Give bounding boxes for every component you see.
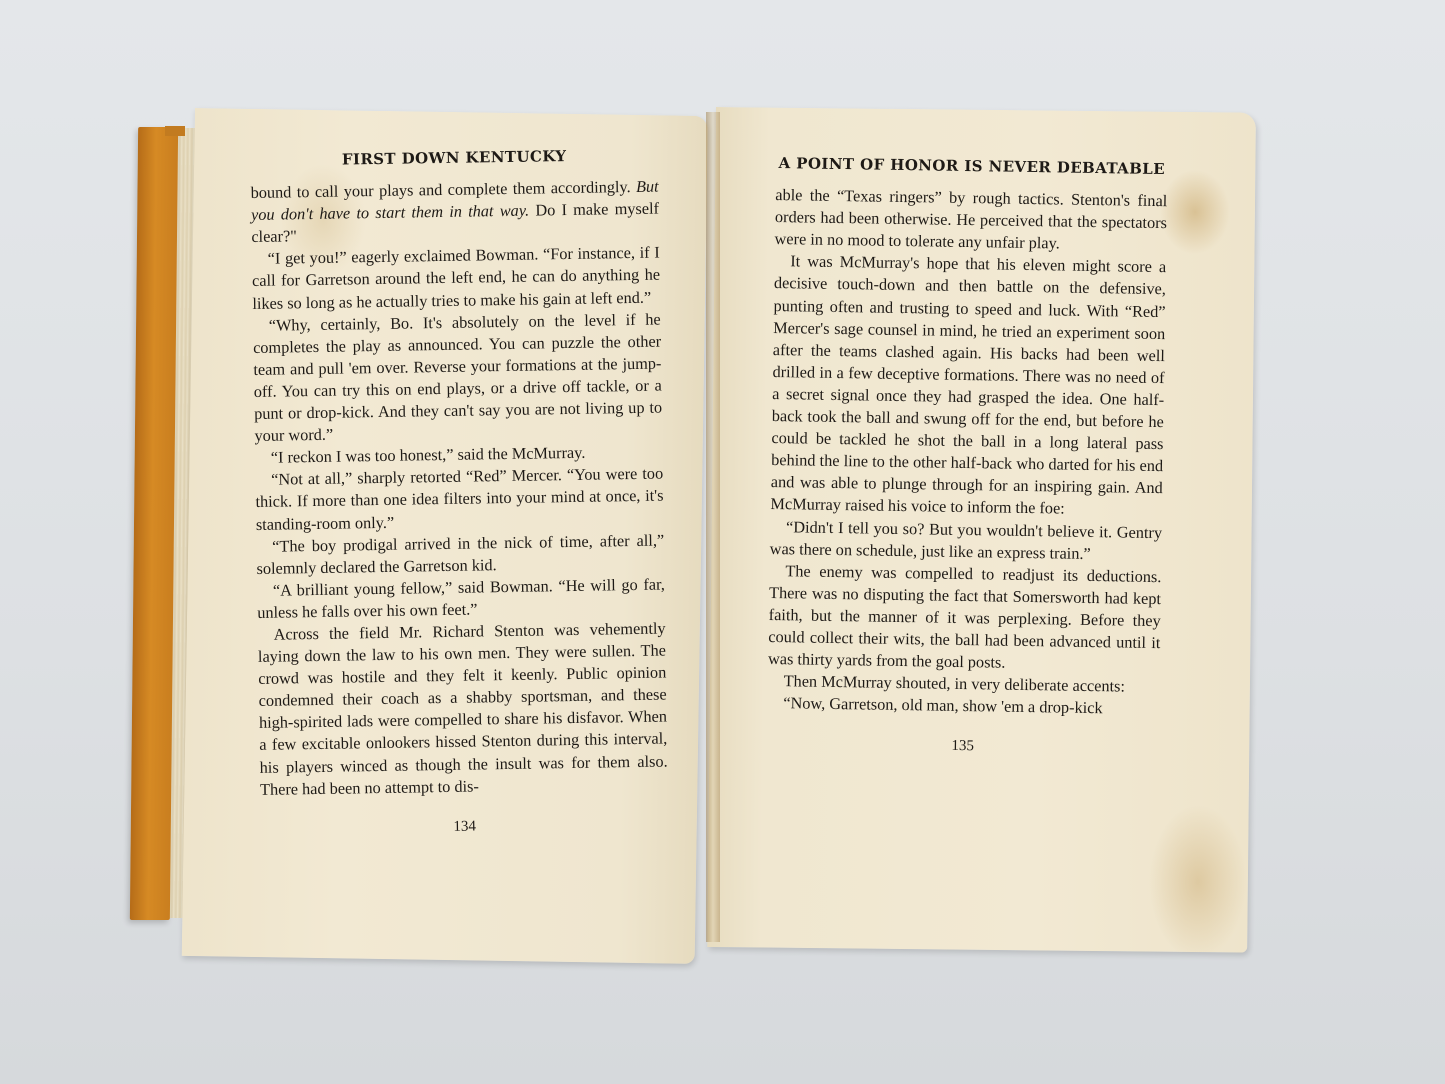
paragraph: Across the field Mr. Richard Stenton was…	[257, 618, 668, 801]
paragraph: able the “Texas ringers” by rough tactic…	[774, 184, 1167, 256]
running-head-right: A POINT OF HONOR IS NEVER DEBATABLE	[776, 152, 1168, 180]
paragraph: “I get you!” eagerly exclaimed Bowman. “…	[252, 242, 661, 315]
paragraph: It was McMurray's hope that his eleven m…	[770, 250, 1166, 521]
paragraph: bound to call your plays and complete th…	[251, 176, 660, 249]
paragraph: “Didn't I tell you so? But you wouldn't …	[770, 515, 1163, 565]
paragraph: The enemy was compelled to readjust its …	[768, 560, 1162, 677]
right-page-text: A POINT OF HONOR IS NEVER DEBATABLE able…	[767, 152, 1168, 761]
paragraph: “A brilliant young fellow,” said Bowman.…	[257, 573, 666, 624]
left-page-text: FIRST DOWN KENTUCKY bound to call your p…	[250, 144, 669, 841]
book-cover-spine	[130, 127, 178, 920]
paragraph: “Why, certainly, Bo. It's absolutely on …	[253, 308, 663, 447]
book-gutter	[706, 112, 720, 942]
photo-scene: FIRST DOWN KENTUCKY bound to call your p…	[0, 0, 1445, 1084]
paragraph: “Not at all,” sharply retorted “Red” Mer…	[255, 463, 664, 536]
paragraph: “The boy prodigal arrived in the nick of…	[256, 529, 665, 580]
book-cover-corner	[165, 126, 185, 136]
